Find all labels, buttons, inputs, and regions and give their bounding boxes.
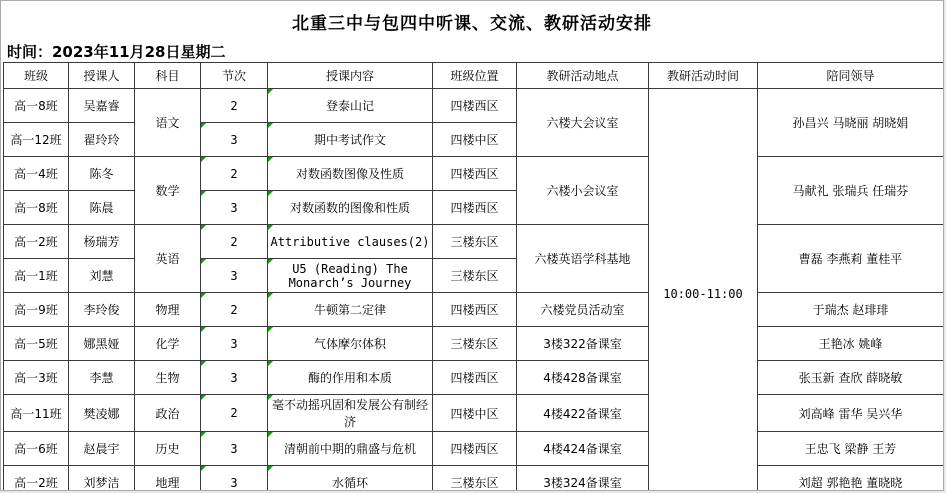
class-location-cell: 三楼东区 [433,259,517,293]
period-cell: 2 [201,293,268,327]
class-location-cell: 四楼中区 [433,123,517,157]
teacher-cell: 吴嘉睿 [69,89,135,123]
content-cell: 清朝前中期的鼎盛与危机 [268,432,433,466]
leaders-cell: 王忠飞 梁静 王芳 [758,432,944,466]
time-line: 时间：2023年11月28日星期二 [1,41,943,62]
content-cell: 对数函数的图像和性质 [268,191,433,225]
table-row: 高一5班 娜黑娅 化学 3 气体摩尔体积 三楼东区 3楼322备课室 王艳冰 姚… [4,327,944,361]
schedule-table: 班级 授课人 科目 节次 授课内容 班级位置 教研活动地点 教研活动时间 陪同领… [3,62,944,491]
teacher-cell: 翟玲玲 [69,123,135,157]
content-cell: 毫不动摇巩固和发展公有制经济 [268,395,433,432]
header-cell-activity-time: 教研活动时间 [649,63,758,89]
class-location-cell: 四楼西区 [433,361,517,395]
leaders-cell: 孙昌兴 马晓丽 胡晓娟 [758,89,944,157]
table-row: 高一6班 赵晨宇 历史 3 清朝前中期的鼎盛与危机 四楼西区 4楼424备课室 … [4,432,944,466]
subject-cell: 数学 [135,157,201,225]
header-cell-class-location: 班级位置 [433,63,517,89]
content-cell: 期中考试作文 [268,123,433,157]
activity-location-cell: 4楼422备课室 [517,395,649,432]
subject-cell: 化学 [135,327,201,361]
subject-cell: 地理 [135,466,201,492]
period-cell: 3 [201,123,268,157]
period-cell: 3 [201,466,268,492]
table-row: 高一9班 李玲俊 物理 2 牛顿第二定律 四楼西区 六楼党员活动室 于瑞杰 赵琲… [4,293,944,327]
table-row: 高一8班 吴嘉睿 语文 2 登泰山记 四楼西区 六楼大会议室 10:00-11:… [4,89,944,123]
header-row: 班级 授课人 科目 节次 授课内容 班级位置 教研活动地点 教研活动时间 陪同领… [4,63,944,89]
activity-location-cell: 4楼424备课室 [517,432,649,466]
activity-location-cell: 六楼英语学科基地 [517,225,649,293]
header-cell-teacher: 授课人 [69,63,135,89]
class-cell: 高一8班 [4,89,69,123]
class-cell: 高一6班 [4,432,69,466]
class-location-cell: 三楼东区 [433,327,517,361]
class-cell: 高一5班 [4,327,69,361]
activity-location-cell: 六楼小会议室 [517,157,649,225]
content-cell: 气体摩尔体积 [268,327,433,361]
class-location-cell: 四楼中区 [433,395,517,432]
content-cell: 水循环 [268,466,433,492]
leaders-cell: 于瑞杰 赵琲琲 [758,293,944,327]
leaders-cell: 张玉新 查欣 薛晓敏 [758,361,944,395]
teacher-cell: 娜黑娅 [69,327,135,361]
teacher-cell: 陈冬 [69,157,135,191]
class-cell: 高一4班 [4,157,69,191]
leaders-cell: 王艳冰 姚峰 [758,327,944,361]
leaders-cell: 刘超 郭艳艳 董晓晓 [758,466,944,492]
content-cell: 对数函数图像及性质 [268,157,433,191]
table-row: 高一2班 刘梦洁 地理 3 水循环 三楼东区 3楼324备课室 刘超 郭艳艳 董… [4,466,944,492]
teacher-cell: 李慧 [69,361,135,395]
subject-cell: 历史 [135,432,201,466]
teacher-cell: 杨瑞芳 [69,225,135,259]
period-cell: 3 [201,259,268,293]
class-cell: 高一8班 [4,191,69,225]
period-cell: 3 [201,191,268,225]
class-location-cell: 四楼西区 [433,89,517,123]
leaders-cell: 曹磊 李燕莉 董桂平 [758,225,944,293]
period-cell: 3 [201,432,268,466]
class-cell: 高一12班 [4,123,69,157]
content-cell: 登泰山记 [268,89,433,123]
subject-cell: 物理 [135,293,201,327]
content-cell: 牛顿第二定律 [268,293,433,327]
document-sheet: 北重三中与包四中听课、交流、教研活动安排 时间：2023年11月28日星期二 班… [0,0,944,491]
teacher-cell: 刘梦洁 [69,466,135,492]
class-cell: 高一2班 [4,225,69,259]
header-cell-activity-location: 教研活动地点 [517,63,649,89]
period-cell: 2 [201,225,268,259]
leaders-cell: 刘高峰 雷华 吴兴华 [758,395,944,432]
class-location-cell: 四楼西区 [433,432,517,466]
activity-location-cell: 六楼党员活动室 [517,293,649,327]
activity-time-cell: 10:00-11:00 [649,89,758,492]
class-location-cell: 四楼西区 [433,293,517,327]
teacher-cell: 陈晨 [69,191,135,225]
table-row: 高一4班 陈冬 数学 2 对数函数图像及性质 四楼西区 六楼小会议室 马献礼 张… [4,157,944,191]
teacher-cell: 刘慧 [69,259,135,293]
class-location-cell: 四楼西区 [433,157,517,191]
class-cell: 高一9班 [4,293,69,327]
header-cell-class: 班级 [4,63,69,89]
activity-location-cell: 六楼大会议室 [517,89,649,157]
class-cell: 高一3班 [4,361,69,395]
teacher-cell: 李玲俊 [69,293,135,327]
table-row: 高一2班 杨瑞芳 英语 2 Attributive clauses(2) 三楼东… [4,225,944,259]
content-cell: 酶的作用和本质 [268,361,433,395]
class-location-cell: 三楼东区 [433,225,517,259]
content-cell: Attributive clauses(2) [268,225,433,259]
period-cell: 3 [201,361,268,395]
table-row: 高一11班 樊凌娜 政治 2 毫不动摇巩固和发展公有制经济 四楼中区 4楼422… [4,395,944,432]
teacher-cell: 赵晨宇 [69,432,135,466]
activity-location-cell: 3楼322备课室 [517,327,649,361]
header-cell-leaders: 陪同领导 [758,63,944,89]
subject-cell: 英语 [135,225,201,293]
activity-location-cell: 4楼428备课室 [517,361,649,395]
class-location-cell: 三楼东区 [433,466,517,492]
teacher-cell: 樊凌娜 [69,395,135,432]
leaders-cell: 马献礼 张瑞兵 任瑞芬 [758,157,944,225]
class-cell: 高一2班 [4,466,69,492]
class-cell: 高一11班 [4,395,69,432]
table-row: 高一3班 李慧 生物 3 酶的作用和本质 四楼西区 4楼428备课室 张玉新 查… [4,361,944,395]
period-cell: 3 [201,327,268,361]
period-cell: 2 [201,89,268,123]
period-cell: 2 [201,395,268,432]
subject-cell: 生物 [135,361,201,395]
subject-cell: 政治 [135,395,201,432]
header-cell-period: 节次 [201,63,268,89]
subject-cell: 语文 [135,89,201,157]
class-location-cell: 四楼西区 [433,191,517,225]
activity-location-cell: 3楼324备课室 [517,466,649,492]
class-cell: 高一1班 [4,259,69,293]
period-cell: 2 [201,157,268,191]
header-cell-subject: 科目 [135,63,201,89]
page-title: 北重三中与包四中听课、交流、教研活动安排 [1,1,943,41]
content-cell: U5 (Reading) The Monarch’s Journey [268,259,433,293]
header-cell-content: 授课内容 [268,63,433,89]
